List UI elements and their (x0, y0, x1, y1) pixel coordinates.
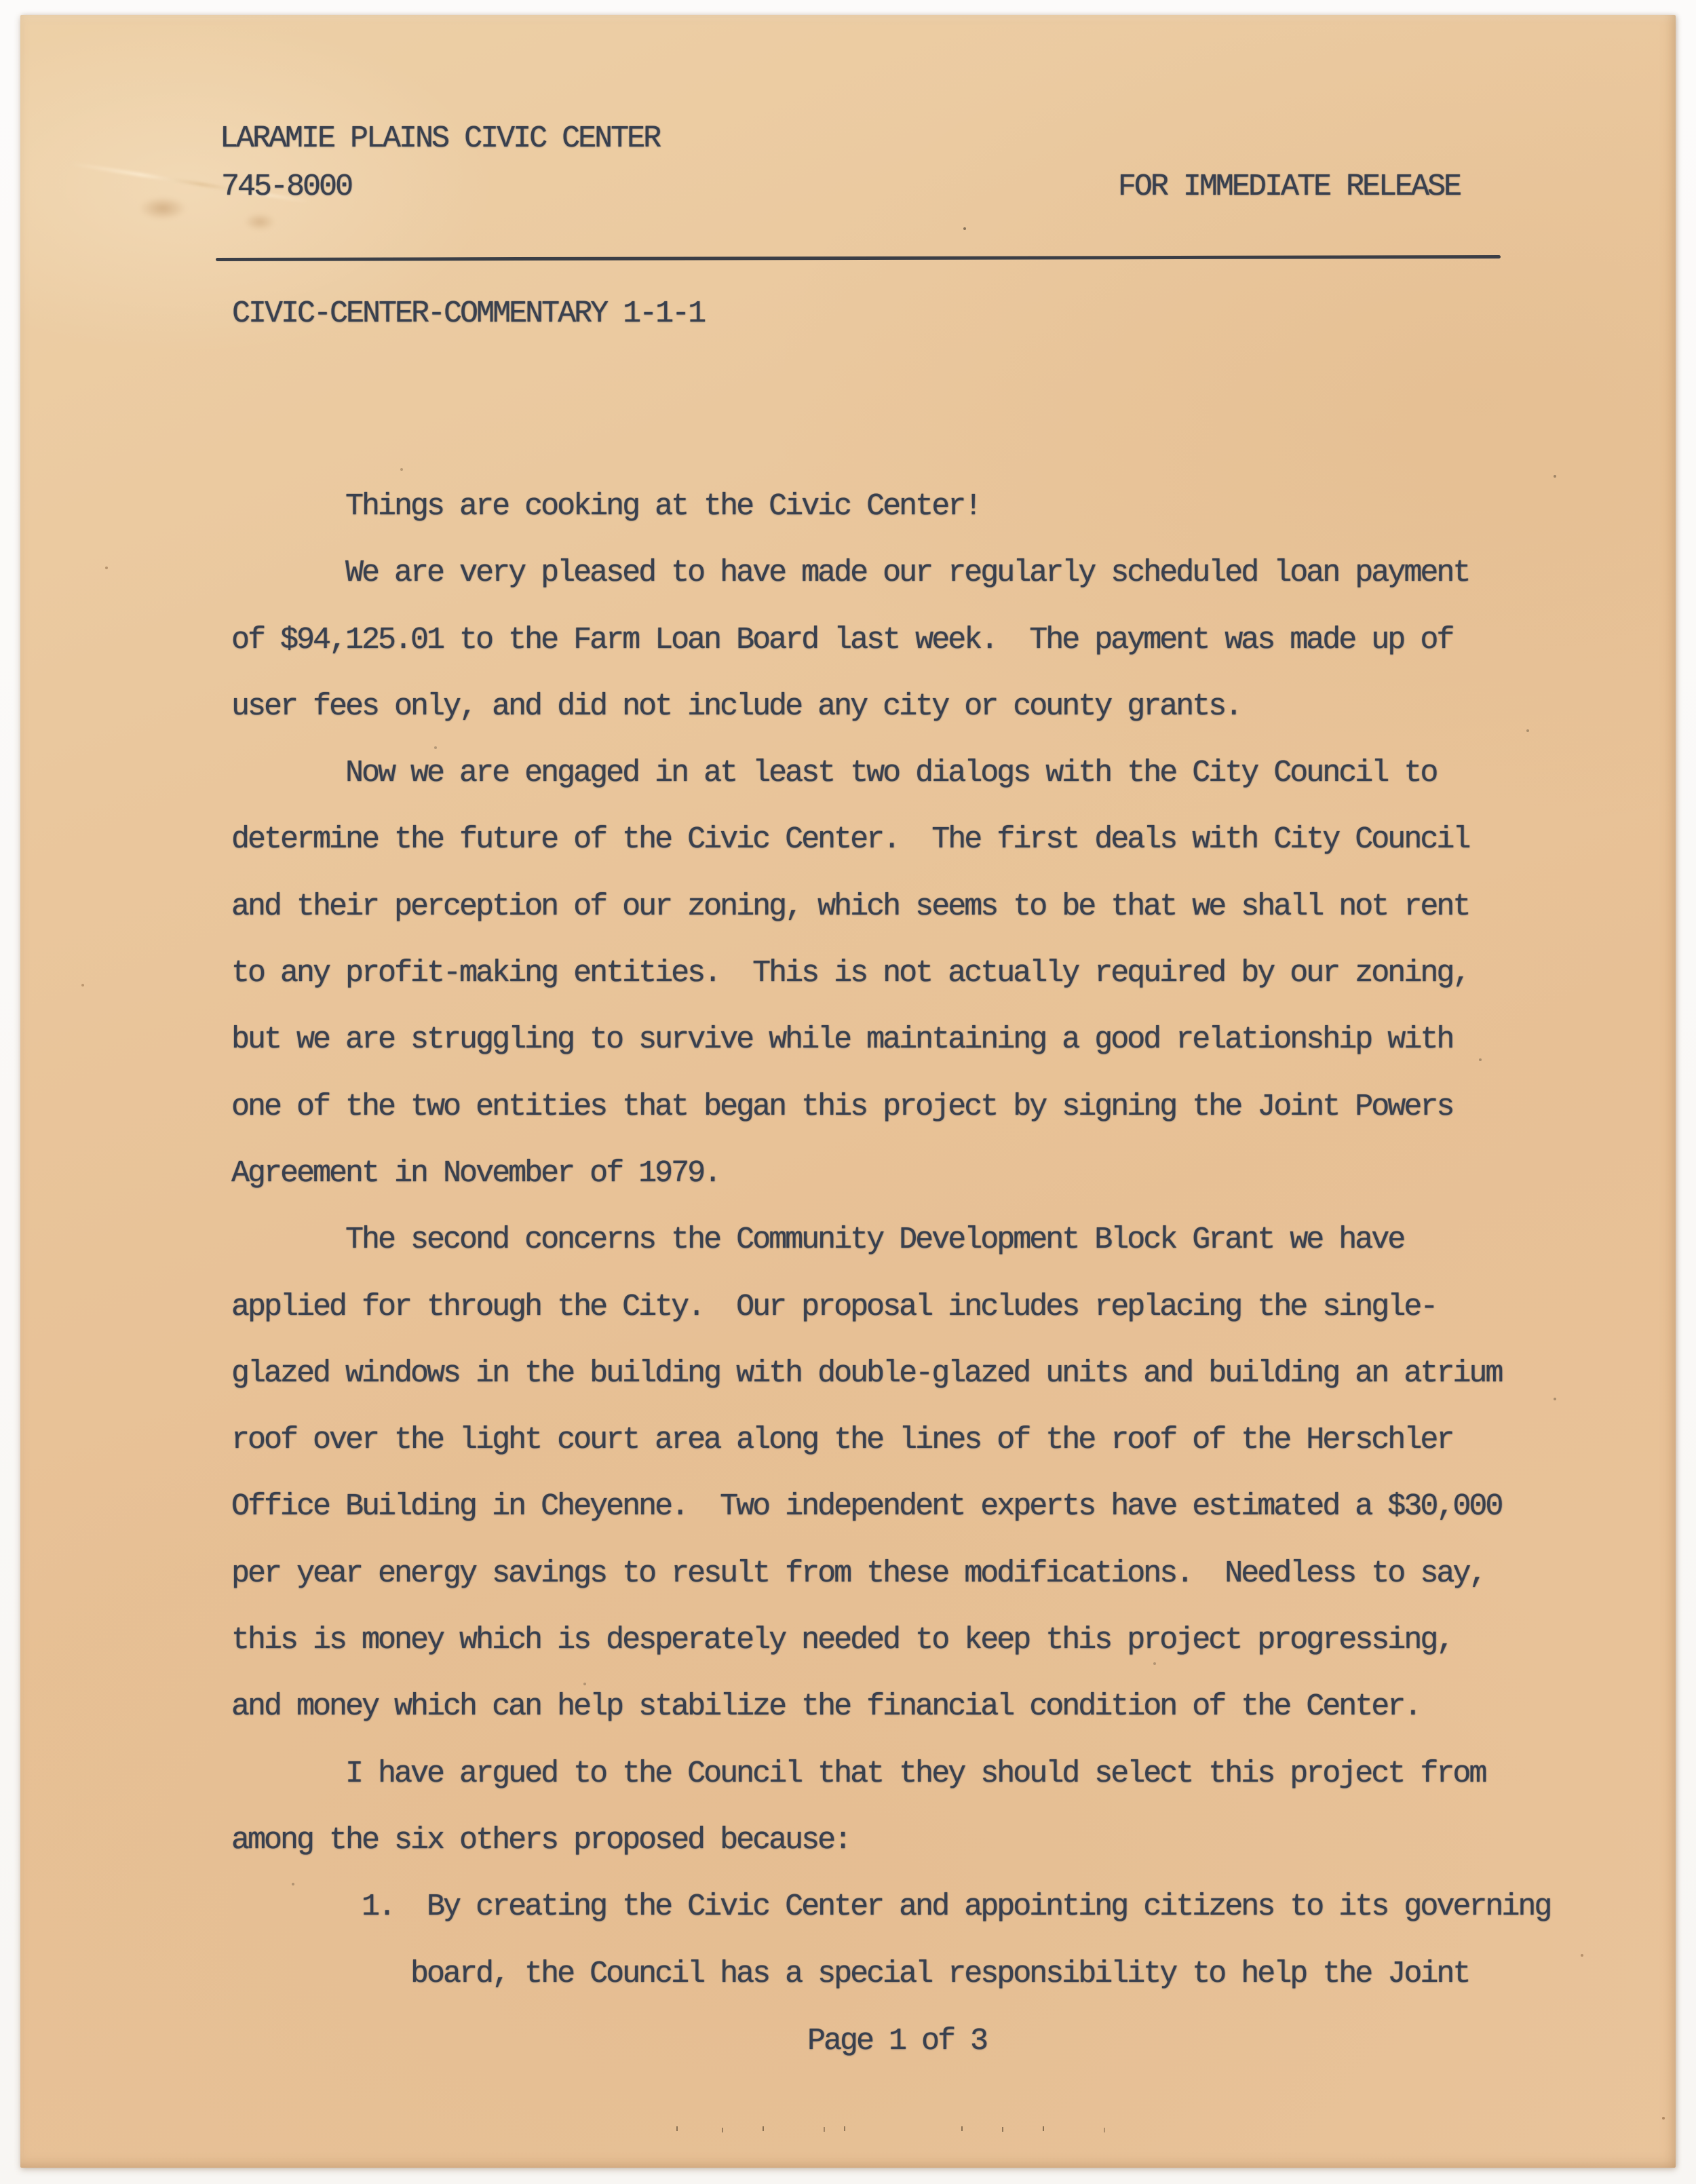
scan-background: LARAMIE PLAINS CIVIC CENTER 745-8000 FOR… (0, 0, 1696, 2184)
document-line: and money which can help stabilize the f… (231, 1674, 1550, 1740)
letterhead-contact-row: 745-8000 FOR IMMEDIATE RELEASE (221, 172, 1460, 202)
document-line: Office Building in Cheyenne. Two indepen… (231, 1474, 1550, 1540)
document-line: and their perception of our zoning, whic… (231, 874, 1550, 940)
document-line: board, the Council has a special respons… (231, 1941, 1550, 2008)
header-divider-line (216, 255, 1501, 261)
perforation-dots (20, 2126, 22, 2131)
document-line: user fees only, and did not include any … (231, 674, 1550, 740)
document-line: determine the future of the Civic Center… (231, 807, 1550, 873)
letterhead-phone: 745-8000 (221, 172, 351, 202)
document-line: Now we are engaged in at least two dialo… (231, 740, 1550, 807)
document-line: 1. By creating the Civic Center and appo… (231, 1874, 1550, 1940)
document-line: I have argued to the Council that they s… (231, 1741, 1550, 1807)
paper-smudge (244, 213, 275, 231)
paper-specks (20, 15, 23, 18)
release-notice: FOR IMMEDIATE RELEASE (1118, 172, 1460, 202)
document-title: CIVIC-CENTER-COMMENTARY 1-1-1 (232, 299, 704, 329)
document-page: LARAMIE PLAINS CIVIC CENTER 745-8000 FOR… (20, 15, 1676, 2168)
document-line: We are very pleased to have made our reg… (231, 540, 1550, 607)
document-line: this is money which is desperately neede… (231, 1607, 1550, 1674)
document-line: Things are cooking at the Civic Center! (231, 474, 1550, 540)
document-line: The second concerns the Community Develo… (231, 1207, 1550, 1273)
document-line: roof over the light court area along the… (231, 1407, 1550, 1474)
document-line: one of the two entities that began this … (231, 1074, 1550, 1141)
document-line: of $94,125.01 to the Farm Loan Board las… (231, 607, 1550, 674)
document-line: to any profit-making entities. This is n… (231, 940, 1550, 1007)
document-line: per year energy savings to result from t… (231, 1541, 1550, 1607)
document-line: but we are struggling to survive while m… (231, 1007, 1550, 1073)
document-line: Agreement in November of 1979. (231, 1141, 1550, 1207)
document-body: Things are cooking at the Civic Center! … (231, 474, 1550, 2008)
page-number: Page 1 of 3 (807, 2026, 986, 2056)
paper-smudge (139, 197, 187, 220)
letterhead-org-name: LARAMIE PLAINS CIVIC CENTER (220, 123, 659, 154)
document-line: among the six others proposed because: (231, 1807, 1550, 1874)
document-line: glazed windows in the building with doub… (231, 1341, 1550, 1407)
document-line: applied for through the City. Our propos… (231, 1274, 1550, 1341)
